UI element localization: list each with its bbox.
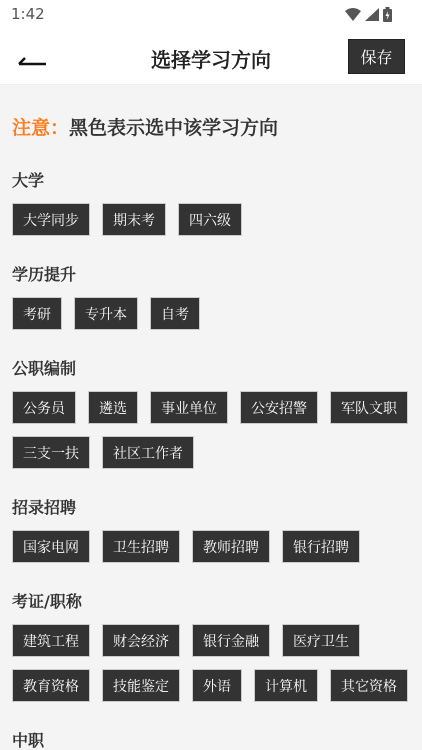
signal-icon bbox=[365, 8, 379, 21]
direction-tag[interactable]: 公安招警 bbox=[240, 391, 318, 424]
direction-tag[interactable]: 三支一扶 bbox=[12, 436, 90, 469]
sections: 大学大学同步期末考四六级学历提升考研专升本自考公职编制公务员遴选事业单位公安招警… bbox=[12, 168, 410, 750]
direction-tag[interactable]: 大学同步 bbox=[12, 203, 90, 236]
tag-group: 大学同步期末考四六级 bbox=[12, 203, 410, 236]
battery-icon bbox=[383, 7, 392, 22]
direction-tag[interactable]: 军队文职 bbox=[330, 391, 408, 424]
wifi-icon bbox=[345, 8, 361, 21]
status-bar: 1:42 bbox=[0, 0, 422, 30]
direction-tag[interactable]: 银行招聘 bbox=[282, 530, 360, 563]
section-title: 中职 bbox=[12, 728, 410, 750]
direction-tag[interactable]: 社区工作者 bbox=[102, 436, 194, 469]
direction-tag[interactable]: 医疗卫生 bbox=[282, 624, 360, 657]
content: 注意：黑色表示选中该学习方向 大学大学同步期末考四六级学历提升考研专升本自考公职… bbox=[0, 113, 422, 750]
tag-group: 国家电网卫生招聘教师招聘银行招聘 bbox=[12, 530, 410, 563]
section-title: 学历提升 bbox=[12, 262, 410, 285]
status-icons bbox=[345, 7, 392, 22]
section-title: 招录招聘 bbox=[12, 495, 410, 518]
section-title: 公职编制 bbox=[12, 356, 410, 379]
section-title: 大学 bbox=[12, 168, 410, 191]
notice-label: 注意： bbox=[12, 117, 69, 139]
direction-tag[interactable]: 遴选 bbox=[88, 391, 138, 424]
direction-tag[interactable]: 建筑工程 bbox=[12, 624, 90, 657]
notice: 注意：黑色表示选中该学习方向 bbox=[12, 113, 410, 140]
direction-tag[interactable]: 国家电网 bbox=[12, 530, 90, 563]
section-title: 考证/职称 bbox=[12, 589, 410, 612]
direction-tag[interactable]: 事业单位 bbox=[150, 391, 228, 424]
tag-group: 公务员遴选事业单位公安招警军队文职三支一扶社区工作者 bbox=[12, 391, 410, 469]
direction-tag[interactable]: 自考 bbox=[150, 297, 200, 330]
save-button[interactable]: 保存 bbox=[348, 39, 405, 74]
direction-tag[interactable]: 银行金融 bbox=[192, 624, 270, 657]
direction-tag[interactable]: 财会经济 bbox=[102, 624, 180, 657]
tag-group: 建筑工程财会经济银行金融医疗卫生教育资格技能鉴定外语计算机其它资格 bbox=[12, 624, 410, 702]
direction-tag[interactable]: 公务员 bbox=[12, 391, 76, 424]
direction-tag[interactable]: 其它资格 bbox=[330, 669, 408, 702]
notice-text: 黑色表示选中该学习方向 bbox=[69, 117, 278, 139]
direction-tag[interactable]: 四六级 bbox=[178, 203, 242, 236]
direction-tag[interactable]: 教师招聘 bbox=[192, 530, 270, 563]
direction-tag[interactable]: 卫生招聘 bbox=[102, 530, 180, 563]
app-header: 选择学习方向 保存 bbox=[0, 30, 422, 85]
status-time: 1:42 bbox=[11, 5, 45, 23]
direction-tag[interactable]: 期末考 bbox=[102, 203, 166, 236]
direction-tag[interactable]: 考研 bbox=[12, 297, 62, 330]
direction-tag[interactable]: 计算机 bbox=[254, 669, 318, 702]
direction-tag[interactable]: 专升本 bbox=[74, 297, 138, 330]
tag-group: 考研专升本自考 bbox=[12, 297, 410, 330]
direction-tag[interactable]: 外语 bbox=[192, 669, 242, 702]
direction-tag[interactable]: 教育资格 bbox=[12, 669, 90, 702]
direction-tag[interactable]: 技能鉴定 bbox=[102, 669, 180, 702]
